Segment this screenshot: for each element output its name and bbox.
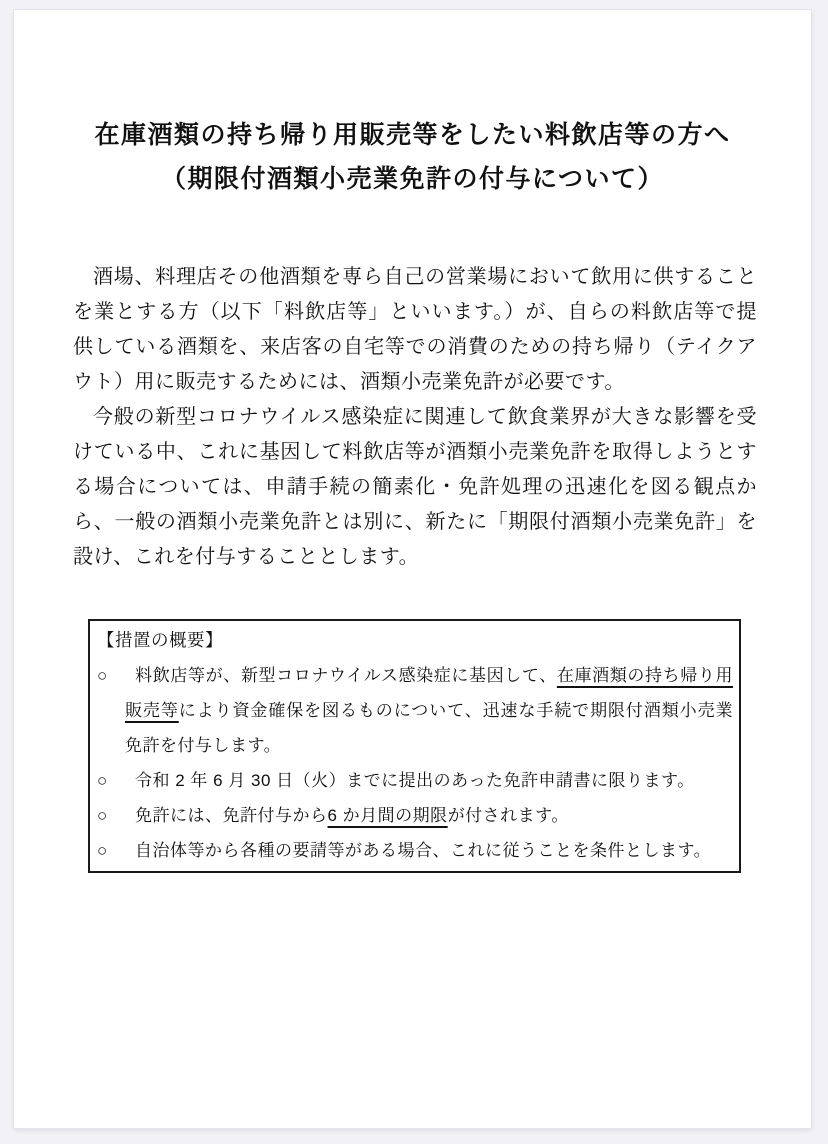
bullet-text-underlined: 6 か月間の期限 <box>328 806 448 825</box>
bullet-item-2: ○令和 2 年 6 月 30 日（火）までに提出のあった免許申請書に限ります。 <box>97 763 733 798</box>
bullet-item-1: ○料飲店等が、新型コロナウイルス感染症に基因して、在庫酒類の持ち帰り用販売等によ… <box>97 658 733 763</box>
document-background: 在庫酒類の持ち帰り用販売等をしたい料飲店等の方へ （期限付酒類小売業免許の付与に… <box>0 0 828 1144</box>
bullet-text: 免許には、免許付与から <box>135 806 328 825</box>
box-heading: 【措置の概要】 <box>97 623 733 658</box>
body-paragraph-2: 今般の新型コロナウイルス感染症に関連して飲食業界が大きな影響を受けている中、これ… <box>73 400 757 575</box>
circle-bullet-icon: ○ <box>97 798 117 833</box>
circle-bullet-icon: ○ <box>97 658 117 693</box>
bullet-item-4: ○自治体等から各種の要請等がある場合、これに従うことを条件とします。 <box>97 833 733 868</box>
document-title-line-2: （期限付酒類小売業免許の付与について） <box>44 157 781 201</box>
bullet-item-3: ○免許には、免許付与から6 か月間の期限が付されます。 <box>97 798 733 833</box>
document-title-line-1: 在庫酒類の持ち帰り用販売等をしたい料飲店等の方へ <box>44 113 781 157</box>
body-paragraph-1: 酒場、料理店その他酒類を専ら自己の営業場において飲用に供することを業とする方（以… <box>73 260 757 400</box>
bullet-text: により資金確保を図るものについて、迅速な手続で期限付酒類小売業免許を付与します。 <box>125 701 733 755</box>
circle-bullet-icon: ○ <box>97 763 117 798</box>
document-page: 在庫酒類の持ち帰り用販売等をしたい料飲店等の方へ （期限付酒類小売業免許の付与に… <box>14 10 811 1128</box>
circle-bullet-icon: ○ <box>97 833 117 868</box>
bullet-text: が付されます。 <box>448 806 569 825</box>
measures-summary-box: 【措置の概要】 ○料飲店等が、新型コロナウイルス感染症に基因して、在庫酒類の持ち… <box>88 619 741 873</box>
bullet-text: 料飲店等が、新型コロナウイルス感染症に基因して、 <box>135 666 557 685</box>
document-title: 在庫酒類の持ち帰り用販売等をしたい料飲店等の方へ （期限付酒類小売業免許の付与に… <box>14 10 811 201</box>
bullet-text: 自治体等から各種の要請等がある場合、これに従うことを条件とします。 <box>135 841 711 860</box>
bullet-text: 令和 2 年 6 月 30 日（火）までに提出のあった免許申請書に限ります。 <box>135 771 695 790</box>
